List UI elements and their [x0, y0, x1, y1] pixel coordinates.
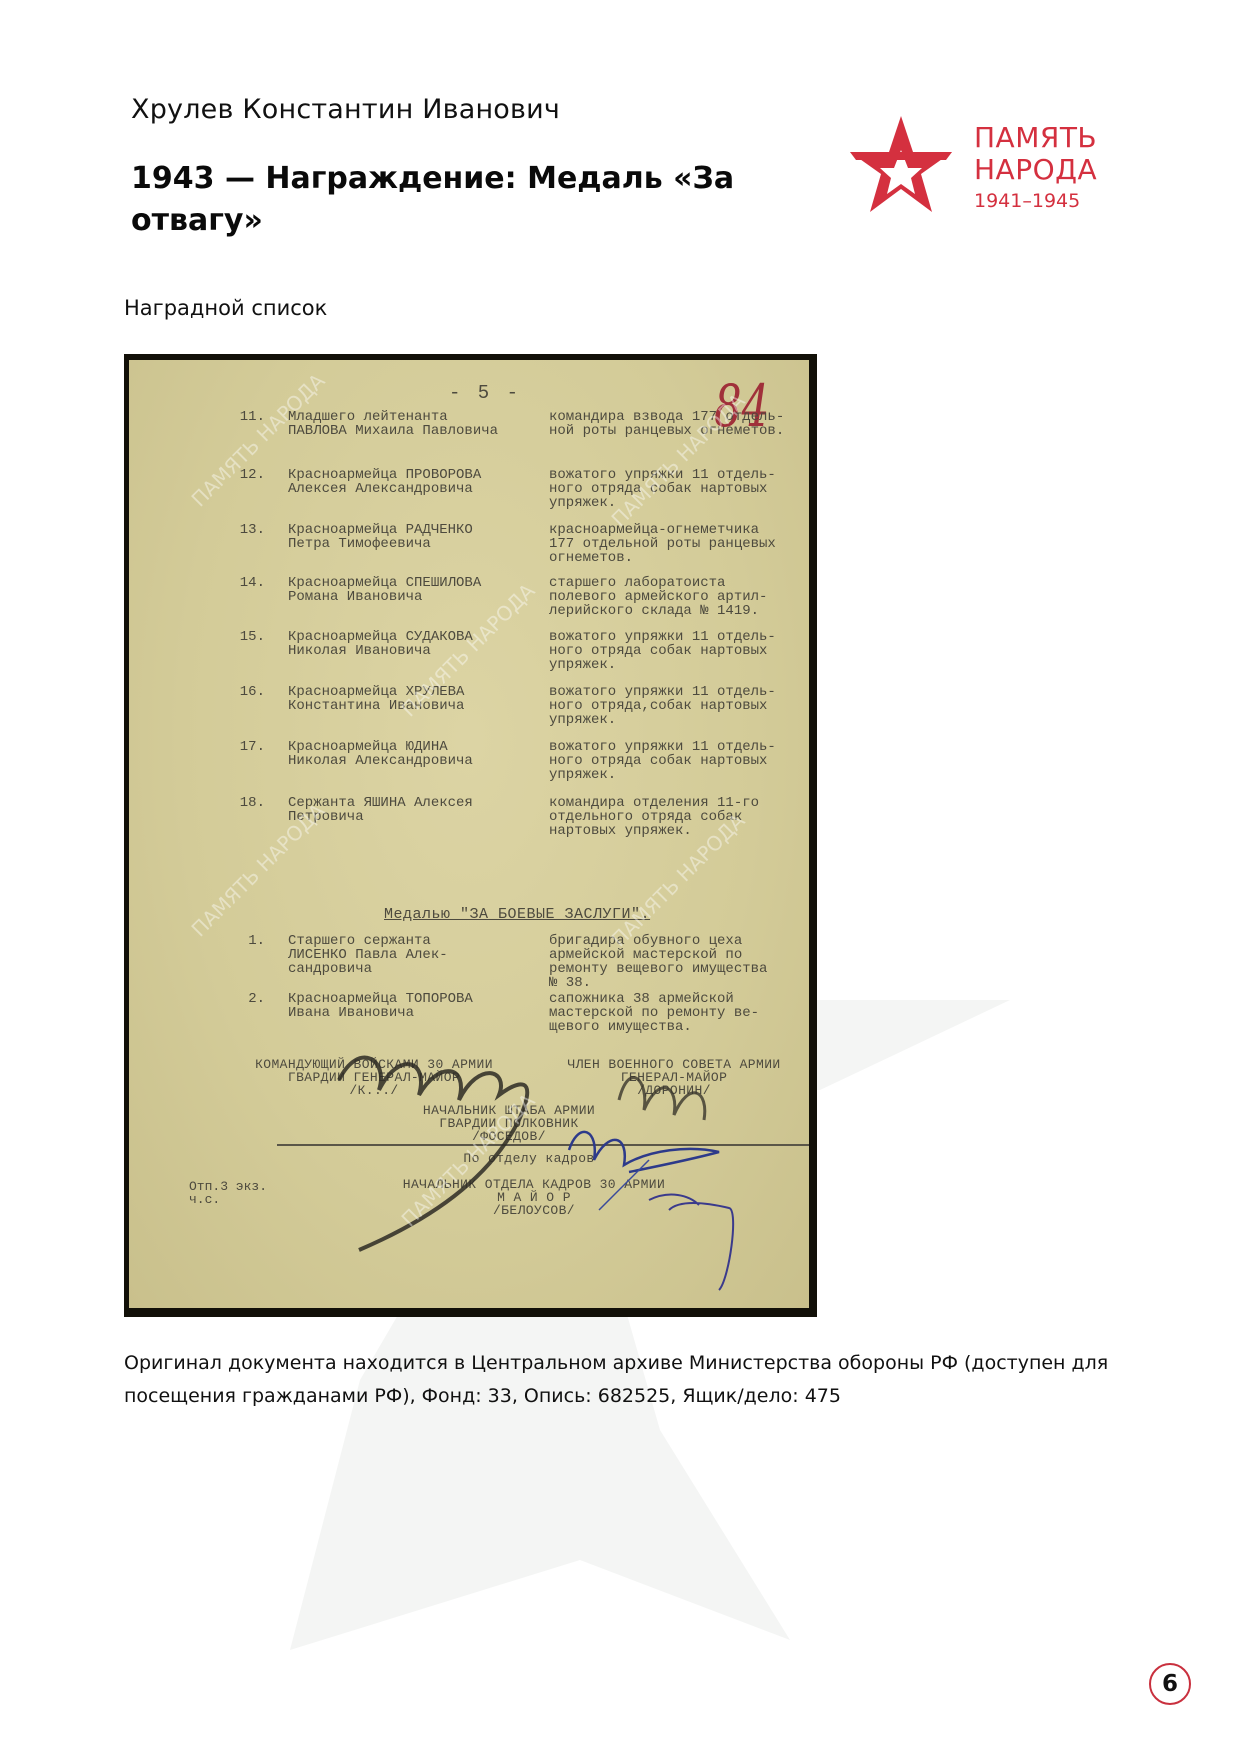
entry-position: старшего лаборатоиста полевого армейског… [549, 576, 809, 618]
entry-name: Сержанта ЯШИНА Алексея Петровича [288, 796, 538, 824]
entry-position: вожатого упряжки 11 отдель- ного отряда … [549, 740, 809, 782]
entry-name: Красноармейца ТОПОРОВА Ивана Ивановича [288, 992, 538, 1020]
entry-number: 17. [229, 740, 265, 754]
doc-page-number: - 5 - [449, 382, 521, 404]
entry-number: 13. [229, 523, 265, 537]
copies-note: Отп.3 экз. ч.с. [189, 1180, 267, 1206]
section-label: Наградной список [124, 296, 327, 320]
entry-name: Красноармейца ПРОВОРОВА Алексея Александ… [288, 468, 538, 496]
award-list-scan[interactable]: - 5 - 84 11.Младшего лейтенанта ПАВЛОВА … [124, 354, 817, 1317]
entry-number: 14. [229, 576, 265, 590]
entry-number: 1. [229, 934, 265, 948]
entry-name: Красноармейца РАДЧЕНКО Петра Тимофеевича [288, 523, 538, 551]
signature-commander: КОМАНДУЮЩИЙ ВОЙСКАМИ 30 АРМИИ ГВАРДИИ ГЕ… [224, 1058, 524, 1097]
entry-position: вожатого упряжки 11 отдель- ного отряда … [549, 630, 809, 672]
medal-heading: Медалью "ЗА БОЕВЫЕ ЗАСЛУГИ". [384, 906, 650, 923]
logo-line2: НАРОДА [974, 154, 1097, 186]
hr-department-label: По отделу кадров [379, 1152, 679, 1165]
entry-name: Младшего лейтенанта ПАВЛОВА Михаила Павл… [288, 410, 538, 438]
person-name: Хрулев Константин Иванович [131, 94, 560, 125]
entry-position: красноармейца-огнеметчика 177 отдельной … [549, 523, 809, 565]
scan-watermark: ПАМЯТЬ НАРОДА [188, 800, 328, 940]
entry-number: 16. [229, 685, 265, 699]
entry-position: командира взвода 177 отдель- ной роты ра… [549, 410, 809, 438]
entry-name: Красноармейца ЮДИНА Николая Александрови… [288, 740, 538, 768]
entry-position: командира отделения 11-го отдельного отр… [549, 796, 809, 838]
signature-council-member: ЧЛЕН ВОЕННОГО СОВЕТА АРМИИ ГЕНЕРАЛ-МАЙОР… [529, 1058, 809, 1097]
entry-position: вожатого упряжки 11 отдель- ного отряда,… [549, 685, 809, 727]
entry-position: бригадира обувного цеха армейской мастер… [549, 934, 809, 990]
logo-line1: ПАМЯТЬ [974, 122, 1097, 154]
entry-number: 18. [229, 796, 265, 810]
page-number: 6 [1149, 1663, 1191, 1705]
entry-number: 15. [229, 630, 265, 644]
red-star-icon [850, 116, 952, 214]
page-title: 1943 — Награждение: Медаль «За отвагу» [131, 158, 771, 242]
pamyat-naroda-logo[interactable]: ПАМЯТЬ НАРОДА 1941–1945 [850, 116, 1130, 220]
entry-position: сапожника 38 армейской мастерской по рем… [549, 992, 809, 1034]
signature-divider [277, 1144, 809, 1146]
scan-paper: - 5 - 84 11.Младшего лейтенанта ПАВЛОВА … [129, 360, 809, 1308]
entry-name: Старшего сержанта ЛИСЕНКО Павла Алек- са… [288, 934, 538, 976]
archive-caption: Оригинал документа находится в Центральн… [124, 1347, 1124, 1413]
logo-years: 1941–1945 [974, 188, 1097, 214]
entry-number: 2. [229, 992, 265, 1006]
